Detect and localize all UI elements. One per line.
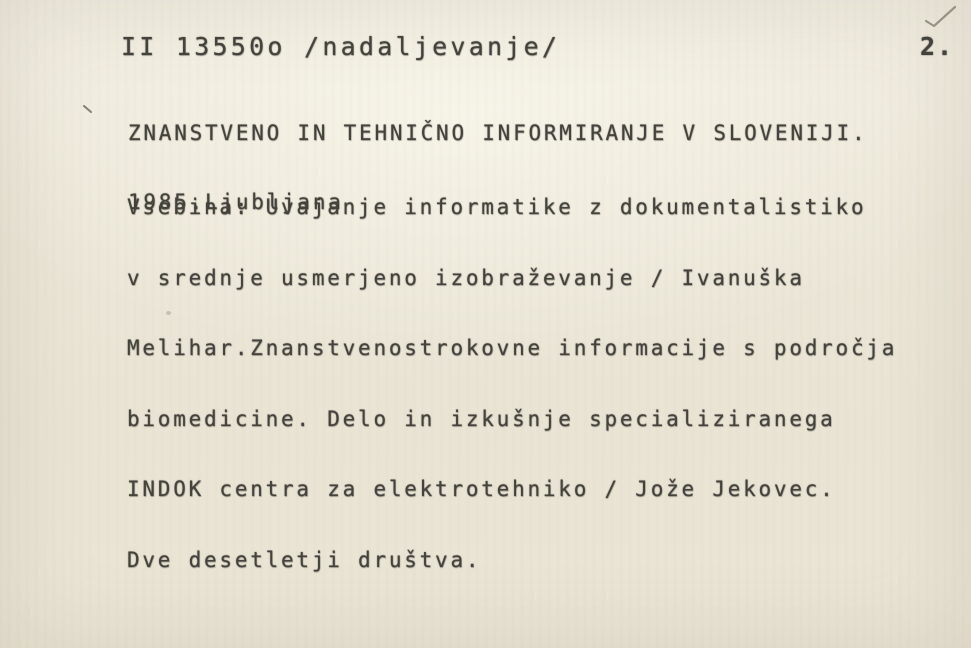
card-title: ZNANSTVENO IN TEHNIČNO INFORMIRANJE V SL… [128,122,867,145]
page-number: 2. [920,34,954,60]
contents-line: Dve desetletji društva. [127,549,897,573]
contents-line: Melihar.Znanstvenostrokovne informacije … [127,337,897,361]
call-number: II 13550o /nadaljevanje/ [121,34,560,60]
pencil-checkmark-icon [924,5,958,35]
contents-line: biomedicine. Delo in izkušnje specializi… [127,408,897,432]
contents-line: INDOK centra za elektrotehniko / Jože Je… [127,478,897,502]
catalog-card: II 13550o /nadaljevanje/ 2. ZNANSTVENO I… [0,0,971,648]
ink-speck [166,311,171,315]
pencil-tick-icon [82,100,94,119]
contents-line: v srednje usmerjeno izobraževanje / Ivan… [127,267,897,291]
contents-line: Vsebina: Uvajanje informatike z dokument… [127,196,897,220]
contents-paragraph: Vsebina: Uvajanje informatike z dokument… [127,149,897,619]
